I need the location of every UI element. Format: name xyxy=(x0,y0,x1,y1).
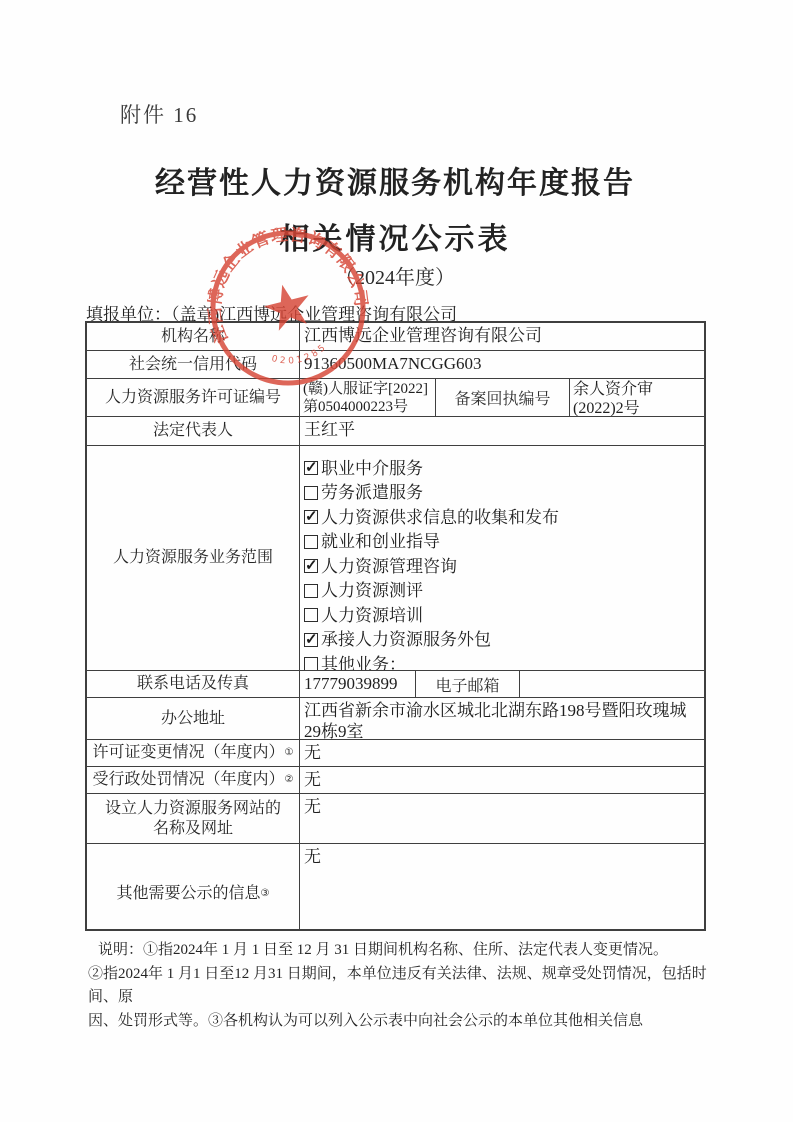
table-row-website: 设立人力资源服务网站的名称及网址 无 xyxy=(87,793,704,843)
record-receipt-label: 备案回执编号 xyxy=(435,379,569,416)
address-value: 江西省新余市渝水区城北北湖东路198号暨阳玫瑰城29栋9室 xyxy=(299,698,704,739)
seal-serial-number: 0201285 xyxy=(268,340,332,372)
table-row-contact: 联系电话及传真 17779039899 电子邮箱 xyxy=(87,670,704,697)
report-table: 机构名称 江西博远企业管理咨询有限公司 社会统一信用代码 91360500MA7… xyxy=(85,321,706,931)
form-title-line2: 相关情况公示表 xyxy=(0,214,790,258)
service-scope-label: 人力资源服务业务范围 xyxy=(87,446,299,670)
website-label: 设立人力资源服务网站的名称及网址 xyxy=(87,794,299,843)
checkbox-unchecked-icon[interactable] xyxy=(304,657,318,670)
footnote-line-3: 因、处罚形式等。③各机构认为可以列入公示表中向社会公示的本单位其他相关信息 xyxy=(88,1010,716,1034)
scope-checkbox-item: 人力资源供求信息的收集和发布 xyxy=(304,505,704,530)
footnote-line-2: ②指2024年 1 月1 日至12 月31 日期间，本单位违反有关法律、法规、规… xyxy=(88,963,716,1010)
scope-checkbox-item: 劳务派遣服务 xyxy=(304,481,704,506)
table-row-org-name: 机构名称 江西博远企业管理咨询有限公司 xyxy=(87,323,704,350)
scope-item-label: 其他业务： xyxy=(321,654,406,670)
legal-rep-value: 王红平 xyxy=(299,417,704,445)
record-receipt-value: 余人资介审(2022)2号 xyxy=(569,379,704,416)
table-row-credit-code: 社会统一信用代码 91360500MA7NCGG603 xyxy=(87,350,704,378)
scope-item-label: 劳务派遣服务 xyxy=(321,482,423,503)
checkbox-unchecked-icon[interactable] xyxy=(304,584,318,598)
checkbox-checked-icon[interactable] xyxy=(304,510,318,524)
scope-item-label: 就业和创业指导 xyxy=(321,531,440,552)
scope-checkbox-item: 职业中介服务 xyxy=(304,456,704,481)
scope-item-label: 人力资源培训 xyxy=(321,605,423,626)
table-row-license-number: 人力资源服务许可证编号 (赣)人服证字[2022]第0504000223号 备案… xyxy=(87,378,704,416)
website-value: 无 xyxy=(299,794,704,843)
scope-checkbox-item: 人力资源培训 xyxy=(304,603,704,628)
svg-text:江西博远企业管理咨询有限公司: 江西博远企业管理咨询有限公司 xyxy=(207,227,369,346)
table-row-legal-rep: 法定代表人 王红平 xyxy=(87,416,704,445)
attachment-number: 附件 16 xyxy=(120,99,198,129)
checkbox-checked-icon[interactable] xyxy=(304,633,318,647)
penalty-value: 无 xyxy=(299,767,704,793)
checkbox-unchecked-icon[interactable] xyxy=(304,486,318,500)
checkbox-unchecked-icon[interactable] xyxy=(304,608,318,622)
other-info-label: 其他需要公示的信息③ xyxy=(87,844,299,929)
table-row-service-scope: 人力资源服务业务范围 职业中介服务劳务派遣服务人力资源供求信息的收集和发布就业和… xyxy=(87,445,704,670)
scope-item-label: 人力资源测评 xyxy=(321,580,423,601)
checkbox-checked-icon[interactable] xyxy=(304,559,318,573)
table-row-license-change: 许可证变更情况（年度内）① 无 xyxy=(87,739,704,766)
email-label: 电子邮箱 xyxy=(415,671,519,697)
scope-checkbox-item: 人力资源测评 xyxy=(304,579,704,604)
form-year: （2024年度） xyxy=(0,261,790,290)
star-icon xyxy=(260,279,315,333)
scope-checkbox-item: 其他业务： xyxy=(304,652,704,670)
scanned-form-page: 附件 16 经营性人力资源服务机构年度报告 相关情况公示表 （2024年度） 填… xyxy=(0,0,793,1122)
scope-item-label: 职业中介服务 xyxy=(321,458,423,479)
address-label: 办公地址 xyxy=(87,698,299,739)
other-business-blank-line[interactable] xyxy=(414,657,554,670)
scope-item-label: 承接人力资源服务外包 xyxy=(321,629,491,650)
email-value xyxy=(519,671,704,697)
table-row-address: 办公地址 江西省新余市渝水区城北北湖东路198号暨阳玫瑰城29栋9室 xyxy=(87,697,704,739)
scope-checkbox-item: 承接人力资源服务外包 xyxy=(304,628,704,653)
phone-value: 17779039899 xyxy=(299,671,415,697)
other-info-value: 无 xyxy=(299,844,704,929)
scope-checkbox-item: 人力资源管理咨询 xyxy=(304,554,704,579)
table-row-penalty: 受行政处罚情况（年度内）② 无 xyxy=(87,766,704,793)
footnotes: 说明：①指2024年 1 月 1 日至 12 月 31 日期间机构名称、住所、法… xyxy=(88,939,716,1033)
company-seal-stamp: 江西博远企业管理咨询有限公司 0201285 xyxy=(207,227,369,389)
license-change-label: 许可证变更情况（年度内）① xyxy=(87,740,299,766)
penalty-label: 受行政处罚情况（年度内）② xyxy=(87,767,299,793)
seal-company-name: 江西博远企业管理咨询有限公司 xyxy=(207,227,369,346)
contact-label: 联系电话及传真 xyxy=(87,671,299,697)
scope-item-label: 人力资源管理咨询 xyxy=(321,556,457,577)
checkbox-checked-icon[interactable] xyxy=(304,461,318,475)
checkbox-unchecked-icon[interactable] xyxy=(304,535,318,549)
scope-checkbox-list: 职业中介服务劳务派遣服务人力资源供求信息的收集和发布就业和创业指导人力资源管理咨… xyxy=(299,446,704,670)
legal-rep-label: 法定代表人 xyxy=(87,417,299,445)
table-row-other-info: 其他需要公示的信息③ 无 xyxy=(87,843,704,929)
license-change-value: 无 xyxy=(299,740,704,766)
scope-checkbox-item: 就业和创业指导 xyxy=(304,530,704,555)
form-title-line1: 经营性人力资源服务机构年度报告 xyxy=(0,158,790,202)
svg-text:0201285: 0201285 xyxy=(268,340,332,372)
footnote-line-1: 说明：①指2024年 1 月 1 日至 12 月 31 日期间机构名称、住所、法… xyxy=(88,939,716,963)
scope-item-label: 人力资源供求信息的收集和发布 xyxy=(321,507,559,528)
